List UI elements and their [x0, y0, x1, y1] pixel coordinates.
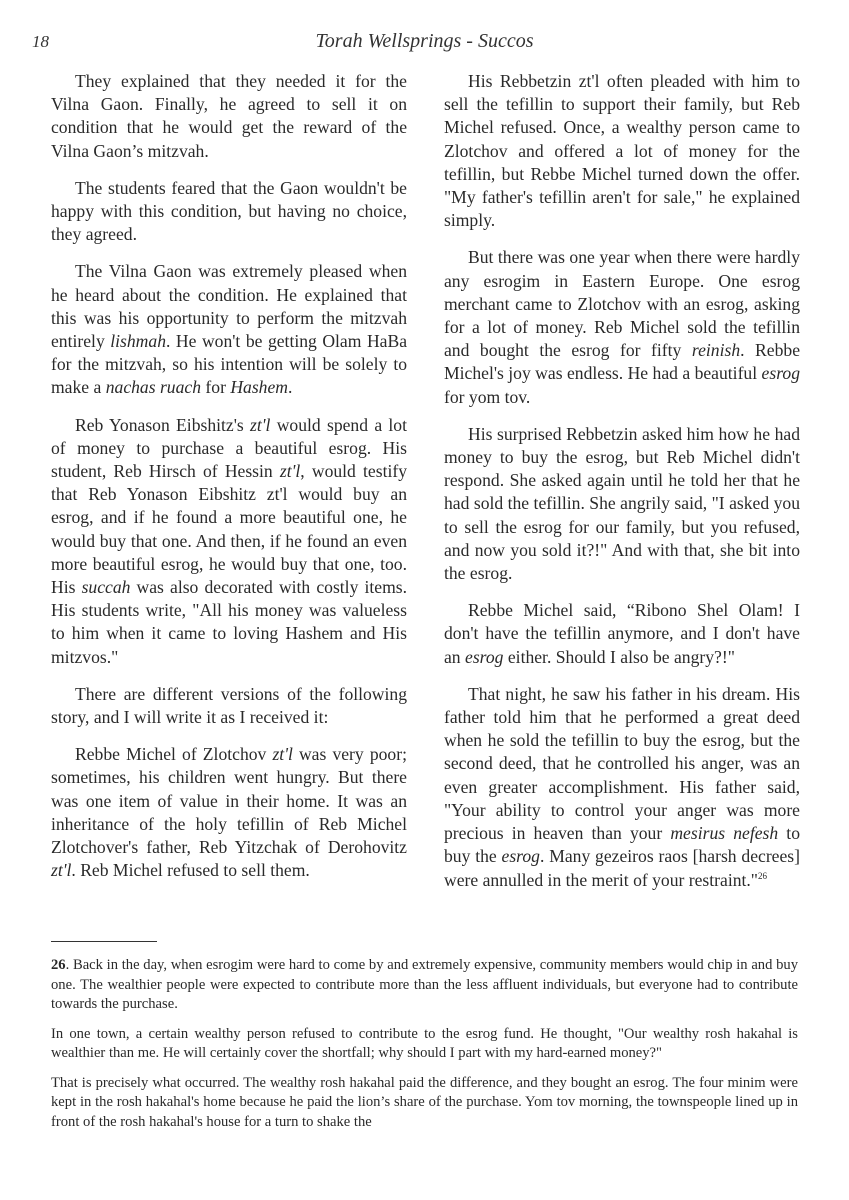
- paragraph: His Rebbetzin zt'l often pleaded with hi…: [444, 70, 800, 232]
- page-header: 18 Torah Wellsprings - Succos: [0, 28, 849, 58]
- footnote-number: 26: [51, 957, 66, 973]
- paragraph: There are different versions of the foll…: [51, 683, 407, 729]
- paragraph: His surprised Rebbetzin asked him how he…: [444, 423, 800, 585]
- paragraph: They explained that they needed it for t…: [51, 70, 407, 163]
- paragraph: Reb Yonason Eibshitz's zt'l would spend …: [51, 414, 407, 669]
- italic-term: reinish: [692, 340, 740, 360]
- text-run: Rebbe Michel of Zlotchov: [75, 744, 272, 764]
- italic-term: lishmah: [110, 331, 166, 351]
- italic-term: zt'l: [272, 744, 292, 764]
- paragraph: The students feared that the Gaon wouldn…: [51, 177, 407, 247]
- italic-term: zt'l: [51, 860, 71, 880]
- italic-term: esrog: [465, 647, 503, 667]
- footnotes-section: 26. Back in the day, when esrogim were h…: [51, 956, 798, 1142]
- text-run: for: [201, 377, 230, 397]
- text-run: That night, he saw his father in his dre…: [444, 684, 800, 843]
- italic-term: succah: [82, 577, 131, 597]
- footnote-reference[interactable]: 26: [758, 871, 767, 881]
- italic-term: mesirus nefesh: [670, 823, 778, 843]
- paragraph: The Vilna Gaon was extremely pleased whe…: [51, 260, 407, 399]
- paragraph: But there was one year when there were h…: [444, 246, 800, 408]
- italic-term: esrog: [762, 363, 800, 383]
- footnote-paragraph: In one town, a certain wealthy person re…: [51, 1025, 798, 1064]
- italic-term: zt'l: [250, 415, 270, 435]
- left-column: They explained that they needed it for t…: [51, 70, 407, 897]
- text-run: .: [288, 377, 292, 397]
- paragraph: That night, he saw his father in his dre…: [444, 683, 800, 892]
- footnote-divider: [51, 941, 157, 942]
- text-run: Reb Yonason Eibshitz's: [75, 415, 250, 435]
- text-run: . Back in the day, when esrogim were har…: [51, 957, 798, 1012]
- footnote-paragraph: That is precisely what occurred. The wea…: [51, 1074, 798, 1133]
- italic-term: Hashem: [230, 377, 288, 397]
- text-run: . Reb Michel refused to sell them.: [71, 860, 309, 880]
- running-title: Torah Wellsprings - Succos: [0, 30, 849, 53]
- italic-term: zt'l: [280, 461, 300, 481]
- right-column: His Rebbetzin zt'l often pleaded with hi…: [444, 70, 800, 906]
- italic-term: esrog: [502, 846, 540, 866]
- footnote-paragraph: 26. Back in the day, when esrogim were h…: [51, 956, 798, 1015]
- italic-term: nachas ruach: [106, 377, 201, 397]
- text-run: either. Should I also be angry?!": [503, 647, 734, 667]
- paragraph: Rebbe Michel of Zlotchov zt'l was very p…: [51, 743, 407, 882]
- paragraph: Rebbe Michel said, “Ribono Shel Olam! I …: [444, 599, 800, 669]
- text-run: for yom tov.: [444, 387, 530, 407]
